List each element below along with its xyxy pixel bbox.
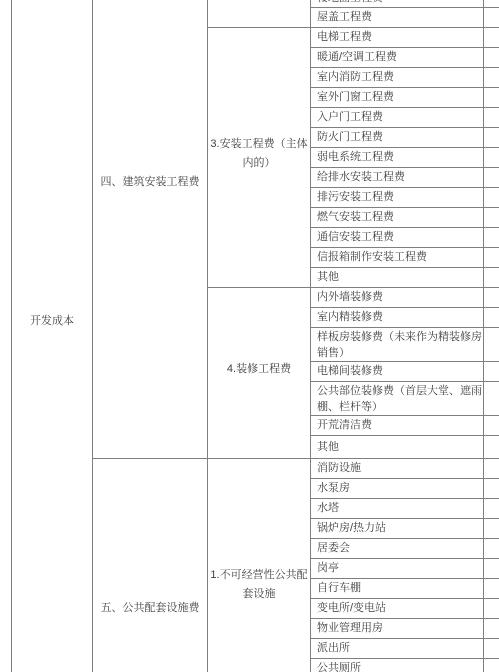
empty-cell — [484, 188, 499, 208]
cell-section-label-construction: 四、建筑安装工程费 — [93, 0, 208, 459]
empty-cell — [484, 639, 499, 659]
empty-cell — [484, 248, 499, 268]
empty-cell — [484, 559, 499, 579]
cell-item: 居委会 — [311, 539, 484, 559]
cell-item: 公共厕所 — [311, 659, 484, 672]
empty-cell — [484, 268, 499, 288]
cell-item: 楼地面工程费 — [311, 0, 484, 8]
empty-cell — [484, 499, 499, 519]
cell-item: 消防设施 — [311, 459, 484, 479]
cell-item: 室内精装修费 — [311, 308, 484, 328]
cell-item: 其他 — [311, 436, 484, 459]
empty-cell — [484, 0, 499, 8]
empty-cell — [484, 28, 499, 48]
empty-cell — [484, 208, 499, 228]
empty-cell — [484, 68, 499, 88]
cell-item: 屋盖工程费 — [311, 8, 484, 28]
cell-item: 岗亭 — [311, 559, 484, 579]
cell-item: 室内消防工程费 — [311, 68, 484, 88]
cell-item: 电梯间装修费 — [311, 362, 484, 382]
cost-breakdown-table: 开发成本 四、建筑安装工程费 楼地面工程费 屋盖工程费 3.安装工程费（主体 内… — [11, 0, 499, 672]
cell-item: 通信安装工程费 — [311, 228, 484, 248]
empty-cell — [484, 168, 499, 188]
cell-item: 派出所 — [311, 639, 484, 659]
cell-item: 物业管理用房 — [311, 619, 484, 639]
empty-cell — [484, 328, 499, 362]
cell-item: 变电所/变电站 — [311, 599, 484, 619]
cell-item: 入户门工程费 — [311, 108, 484, 128]
cell-section-label-public-facilities: 五、公共配套设施费 — [93, 459, 208, 672]
empty-cell — [484, 619, 499, 639]
cell-item: 锅炉房/热力站 — [311, 519, 484, 539]
cell-item: 其他 — [311, 268, 484, 288]
empty-cell — [484, 382, 499, 416]
empty-cell — [484, 148, 499, 168]
cell-item: 排污安装工程费 — [311, 188, 484, 208]
empty-cell — [484, 416, 499, 436]
cell-item: 水泵房 — [311, 479, 484, 499]
cell-root-label: 开发成本 — [12, 0, 93, 672]
empty-cell — [484, 519, 499, 539]
empty-cell — [484, 479, 499, 499]
cell-item: 防火门工程费 — [311, 128, 484, 148]
cell-item: 电梯工程费 — [311, 28, 484, 48]
cell-item: 自行车棚 — [311, 579, 484, 599]
cell-item: 样板房装修费（未来作为精装修房 销售） — [311, 328, 484, 362]
empty-cell — [484, 8, 499, 28]
empty-cell — [484, 362, 499, 382]
empty-cell — [484, 539, 499, 559]
empty-cell — [484, 436, 499, 459]
empty-cell — [484, 128, 499, 148]
cell-item: 信报箱制作安装工程费 — [311, 248, 484, 268]
cell-subsection-label-installation: 3.安装工程费（主体 内的） — [208, 28, 311, 288]
cell-item: 水塔 — [311, 499, 484, 519]
empty-cell — [484, 88, 499, 108]
empty-cell — [484, 108, 499, 128]
empty-cell — [484, 459, 499, 479]
table-row: 开发成本 四、建筑安装工程费 楼地面工程费 — [12, 0, 499, 8]
cell-subsection-label-decoration: 4.装修工程费 — [208, 288, 311, 459]
empty-cell — [484, 288, 499, 308]
empty-cell — [484, 48, 499, 68]
cell-subsection-label-nonoperating: 1.不可经营性公共配 套设施 — [208, 459, 311, 672]
cell-item: 燃气安装工程费 — [311, 208, 484, 228]
cell-item: 室外门窗工程费 — [311, 88, 484, 108]
empty-cell — [484, 579, 499, 599]
empty-cell — [484, 308, 499, 328]
empty-cell — [484, 228, 499, 248]
empty-cell — [484, 659, 499, 672]
cell-item-text-clipped: 楼地面工程费 — [317, 0, 483, 7]
cell-item: 开荒清洁费 — [311, 416, 484, 436]
cell-item: 弱电系统工程费 — [311, 148, 484, 168]
cell-item: 内外墙装修费 — [311, 288, 484, 308]
cell-item: 暖通/空调工程费 — [311, 48, 484, 68]
cell-subsection-label-cutoff — [208, 0, 311, 28]
empty-cell — [484, 599, 499, 619]
cell-item: 公共部位装修费（首层大堂、遮雨 棚、栏杆等） — [311, 382, 484, 416]
cell-item: 给排水安装工程费 — [311, 168, 484, 188]
